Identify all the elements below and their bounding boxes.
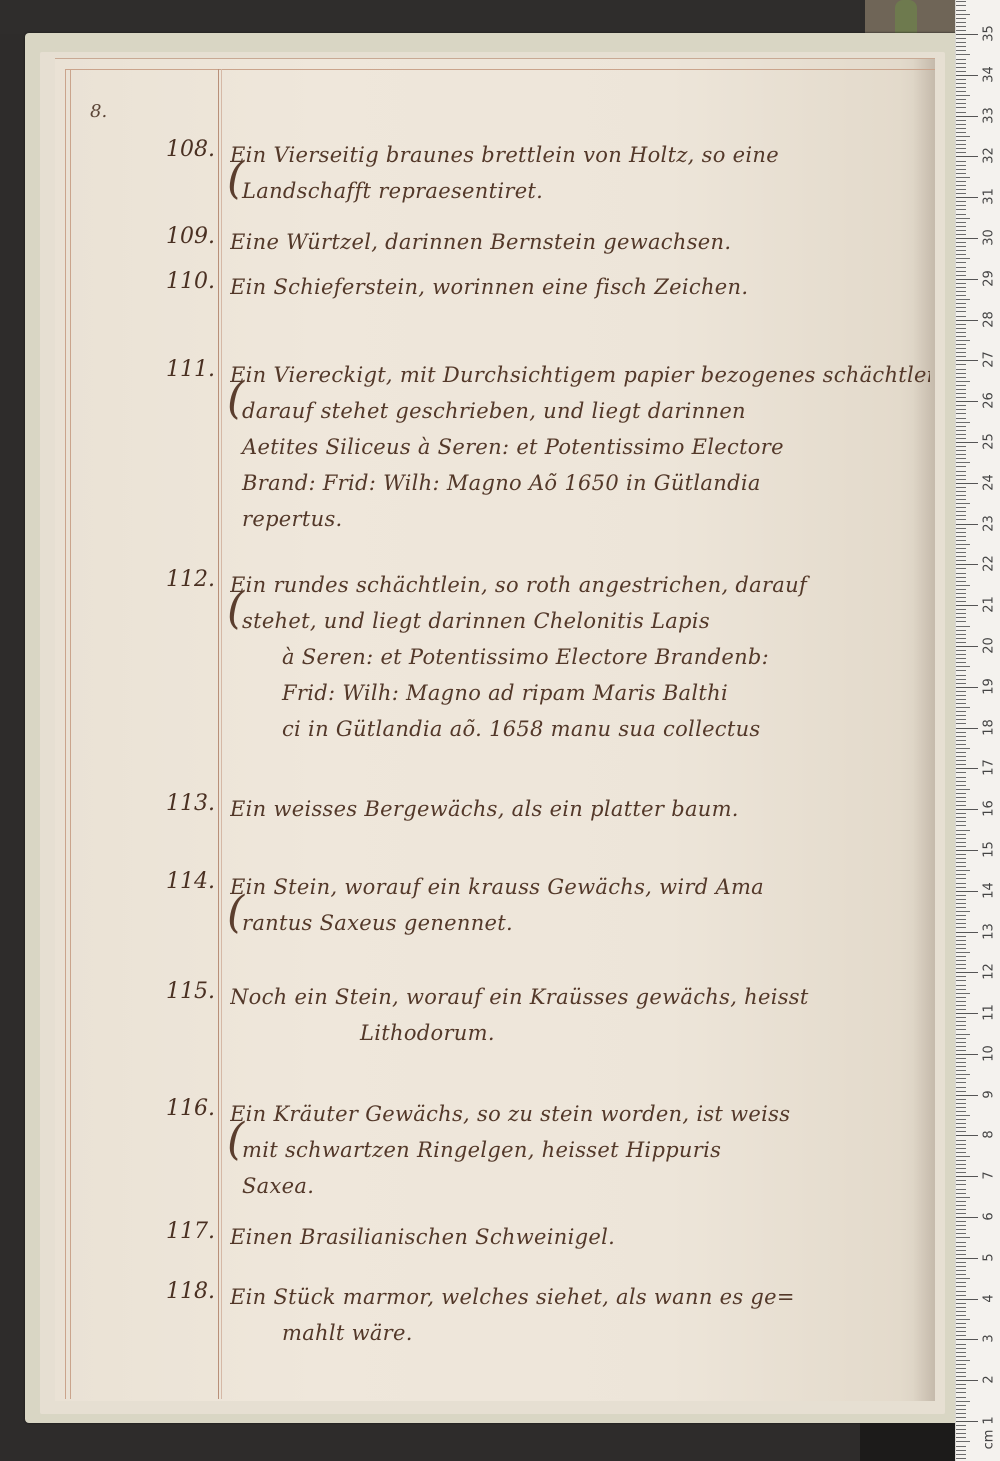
entry-line: Brand: Frid: Wilh: Magno Aõ 1650 in Gütl… (230, 465, 930, 501)
ruler-tick (956, 1095, 978, 1096)
ruler-tick (956, 903, 966, 904)
ruler-tick (956, 328, 966, 329)
ruler-tick (956, 1254, 966, 1255)
entry-line: Landschafft repraesentiret. (230, 173, 930, 209)
ruler-tick (956, 1237, 970, 1238)
ruler-label: 15 (982, 838, 997, 860)
ruler-tick (956, 1148, 966, 1149)
ruler-tick (956, 22, 966, 23)
ruler-tick (956, 177, 970, 178)
ruler-tick (956, 499, 966, 500)
ruler-tick (956, 275, 966, 276)
ruler-tick (956, 781, 966, 782)
margin-rule (218, 69, 219, 1399)
ruler-tick (956, 740, 966, 741)
ruler-tick (956, 1380, 978, 1381)
ruler-label: 12 (982, 961, 997, 983)
ruler-tick (956, 1352, 966, 1353)
ruler-tick (956, 1327, 966, 1328)
ruler-tick (956, 524, 978, 525)
ruler-label: 1 (982, 1410, 997, 1432)
ruler-tick (956, 785, 966, 786)
ruler-label: 19 (982, 675, 997, 697)
ruler-tick (956, 303, 966, 304)
ruler-label: 8 (982, 1124, 997, 1146)
ruler-tick (956, 152, 966, 153)
ruler-tick (956, 450, 966, 451)
ruler-tick (956, 621, 966, 622)
ruler-tick (956, 1376, 966, 1377)
ruler-tick (956, 1242, 966, 1243)
ruler-tick (956, 116, 978, 117)
ruler-tick (956, 1425, 966, 1426)
ruler-tick (956, 540, 966, 541)
ruler-tick (956, 968, 966, 969)
ruler-tick (956, 193, 966, 194)
ruler-tick (956, 1176, 978, 1177)
ruler-tick (956, 389, 966, 390)
ruler-tick (956, 507, 966, 508)
ruler-tick (956, 887, 966, 888)
ruler-tick (956, 1009, 966, 1010)
ruler-tick (956, 128, 966, 129)
ruler-tick (956, 201, 966, 202)
ruler-tick (956, 940, 966, 941)
ruler-tick (956, 915, 966, 916)
ruler-tick (956, 548, 966, 549)
ruler-tick (956, 907, 966, 908)
ruler-tick (956, 344, 966, 345)
ruler-tick (956, 185, 966, 186)
ruler-tick (956, 1372, 966, 1373)
ruler-tick (956, 1413, 966, 1414)
ruler-tick (956, 132, 966, 133)
ruler-tick (956, 1250, 966, 1251)
ruler-tick (956, 532, 966, 533)
ruler-tick (956, 34, 978, 35)
ruler-tick (956, 638, 966, 639)
ruler-tick (956, 413, 966, 414)
ruler-tick (956, 26, 966, 27)
ruler-tick (956, 316, 966, 317)
ruler-tick (956, 1388, 966, 1389)
ruler-tick (956, 1417, 966, 1418)
ruler-tick (956, 59, 966, 60)
entry-line: Einen Brasilianischen Schweinigel. (230, 1219, 930, 1255)
ruler-tick (956, 597, 966, 598)
ruler-tick (956, 471, 966, 472)
ruler-label: 26 (982, 390, 997, 412)
ruler-tick (956, 91, 966, 92)
ruler-tick (956, 1233, 966, 1234)
ruler-tick (956, 1115, 970, 1116)
entry-number: 118. (135, 1279, 215, 1304)
ruler-label: 5 (982, 1246, 997, 1268)
ruler-tick (956, 364, 966, 365)
ruler-tick (956, 226, 966, 227)
ruler-tick (956, 752, 966, 753)
ruler-tick (956, 1005, 966, 1006)
ruler-tick (956, 777, 966, 778)
ruler-tick (956, 50, 966, 51)
ruler-tick (956, 156, 978, 157)
ruler-tick (956, 1348, 966, 1349)
ruler-label: 4 (982, 1287, 997, 1309)
ruler-tick (956, 899, 966, 900)
ruler-tick (956, 144, 966, 145)
ruler-tick (956, 42, 966, 43)
ruler-tick (956, 1401, 970, 1402)
ruler-tick (956, 1135, 978, 1136)
ruler-tick (956, 609, 966, 610)
top-ruling (65, 69, 935, 70)
ruler-tick (956, 71, 966, 72)
ruler-tick (956, 1286, 966, 1287)
ruler-tick (956, 1384, 966, 1385)
ruler-tick (956, 238, 978, 239)
entry-line: Ein Stück marmor, welches siehet, als wa… (230, 1279, 930, 1315)
entry-number: 116. (135, 1096, 215, 1121)
ruler-tick (956, 1356, 966, 1357)
ruler-label: 18 (982, 716, 997, 738)
ruler-tick (956, 1360, 970, 1361)
ruler-tick (956, 287, 966, 288)
ruler-tick (956, 18, 966, 19)
ruler-tick (956, 1164, 966, 1165)
ruler-tick (956, 1082, 966, 1083)
ruler-tick (956, 650, 966, 651)
ruler-tick (956, 744, 966, 745)
ruler-tick (956, 878, 966, 879)
ruler-tick (956, 1368, 966, 1369)
ruler-tick (956, 952, 970, 953)
ruler-tick (956, 711, 966, 712)
ruler-tick (956, 10, 966, 11)
ruler-label: 30 (982, 227, 997, 249)
ruler-tick (956, 768, 978, 769)
ruler-tick (956, 1066, 966, 1067)
ruler-tick (956, 1246, 966, 1247)
ruler-tick (956, 401, 978, 402)
ruler-tick (956, 1, 966, 2)
entry-number: 113. (135, 791, 215, 816)
ruler-tick (956, 989, 966, 990)
ruler-tick (956, 1013, 978, 1014)
ruler-tick (956, 617, 966, 618)
ruler-tick (956, 1225, 966, 1226)
entry-line: darauf stehet geschrieben, und liegt dar… (230, 393, 930, 429)
ruler-tick (956, 75, 978, 76)
ruler-tick (956, 736, 966, 737)
ruler-tick (956, 601, 966, 602)
ruler-tick (956, 5, 966, 6)
ruler-tick (956, 307, 966, 308)
ruler-tick (956, 336, 966, 337)
ruler-tick (956, 1303, 966, 1304)
ruler-tick (956, 1087, 966, 1088)
ruler-tick (956, 862, 966, 863)
ruler-tick (956, 1189, 966, 1190)
ruler-tick (956, 976, 966, 977)
ruler-tick (956, 1070, 966, 1071)
ruler-tick (956, 1335, 966, 1336)
ruler-tick (956, 813, 966, 814)
ruler-tick (956, 1123, 966, 1124)
entry-number: 115. (135, 979, 215, 1004)
ruler-tick (956, 205, 966, 206)
ruler-tick (956, 846, 966, 847)
ruler-tick (956, 487, 966, 488)
ruler-tick (956, 1209, 966, 1210)
ruler-tick (956, 1050, 966, 1051)
ruler-label: 32 (982, 145, 997, 167)
ruler-tick (956, 67, 966, 68)
ruler-tick (956, 1446, 966, 1447)
ruler-tick (956, 1458, 966, 1459)
ruler-tick (956, 1193, 966, 1194)
entry-line: Eine Würtzel, darinnen Bernstein gewachs… (230, 224, 930, 260)
entry-line: Saxea. (230, 1168, 930, 1204)
entry-line: stehet, und liegt darinnen Chelonitis La… (230, 603, 930, 639)
ruler-tick (956, 1397, 966, 1398)
ruler-tick (956, 283, 966, 284)
ruler-tick (956, 948, 966, 949)
ruler-tick (956, 927, 966, 928)
ruler-tick (956, 585, 970, 586)
ruler-label: 3 (982, 1328, 997, 1350)
ruler-tick (956, 830, 970, 831)
ruler-tick (956, 564, 978, 565)
ruler-tick (956, 1111, 966, 1112)
ruler-tick (956, 1437, 966, 1438)
ruler-tick (956, 418, 966, 419)
ruler-tick (956, 38, 966, 39)
ruler-tick (956, 654, 966, 655)
ruler-tick (956, 1152, 966, 1153)
ruler-tick (956, 756, 966, 757)
page-number: 8. (90, 101, 107, 122)
ruler-tick (956, 1221, 966, 1222)
ruler-tick (956, 246, 966, 247)
entry-line: Ein Schieferstein, worinnen eine fisch Z… (230, 269, 930, 305)
ruler-tick (956, 1429, 966, 1430)
ruler-tick (956, 30, 966, 31)
entry-line: Ein Stein, worauf ein krauss Gewächs, wi… (230, 869, 930, 905)
ruler-tick (956, 430, 966, 431)
ruler-tick (956, 1278, 970, 1279)
ruler-tick (956, 242, 966, 243)
ruler-tick (956, 1042, 966, 1043)
ruler-tick (956, 895, 966, 896)
ruler-tick (956, 63, 966, 64)
ruler-tick (956, 1201, 966, 1202)
ruler-tick (956, 642, 966, 643)
entry-number: 110. (135, 269, 215, 294)
ruler-tick (956, 140, 966, 141)
ruler-label: 17 (982, 757, 997, 779)
ruler-tick (956, 850, 978, 851)
ruler-tick (956, 405, 966, 406)
ruler-tick (956, 1021, 966, 1022)
ruler-tick (956, 360, 978, 361)
ruler-tick (956, 683, 966, 684)
ruler-label: 34 (982, 63, 997, 85)
ruler-tick (956, 666, 970, 667)
entry-line: Ein Viereckigt, mit Durchsichtigem papie… (230, 357, 930, 393)
ruler-tick (956, 797, 966, 798)
ruler-label: 22 (982, 553, 997, 575)
ruler-tick (956, 340, 970, 341)
ruler-tick (956, 972, 978, 973)
ruler-tick (956, 1274, 966, 1275)
left-border-ruling (65, 69, 71, 1399)
ruler-tick (956, 332, 966, 333)
ruler-tick (956, 854, 966, 855)
ruler-unit-label: cm (982, 1429, 997, 1451)
ruler-tick (956, 209, 966, 210)
ruler-tick (956, 1319, 970, 1320)
ruler-tick (956, 699, 966, 700)
ruler-tick (956, 691, 966, 692)
ruler-tick (956, 1127, 966, 1128)
ruler-tick (956, 573, 966, 574)
ruler-tick (956, 234, 966, 235)
ruler-tick (956, 87, 966, 88)
ruler-tick (956, 442, 978, 443)
ruler-tick (956, 1344, 966, 1345)
ruler-tick (956, 581, 966, 582)
ruler-tick (956, 1421, 978, 1422)
ruler-label: 21 (982, 594, 997, 616)
ruler-tick (956, 772, 966, 773)
entry-line: ci in Gütlandia aõ. 1658 manu sua collec… (230, 711, 930, 747)
ruler-tick (956, 670, 966, 671)
ruler-tick (956, 397, 966, 398)
ruler-tick (956, 14, 970, 15)
ruler-tick (956, 679, 966, 680)
ruler-tick (956, 1291, 966, 1292)
ruler-tick (956, 1364, 966, 1365)
ruler-tick (956, 181, 966, 182)
ruler-tick (956, 348, 966, 349)
ruler-tick (956, 1315, 966, 1316)
ruler-tick (956, 874, 966, 875)
ruler-tick (956, 1131, 966, 1132)
ruler-label: 27 (982, 349, 997, 371)
ruler-tick (956, 291, 966, 292)
ruler-label: 35 (982, 23, 997, 45)
ruler-tick (956, 462, 970, 463)
ruler-tick (956, 707, 970, 708)
ruler-label: 7 (982, 1165, 997, 1187)
ruler-tick (956, 634, 966, 635)
ruler-tick (956, 479, 966, 480)
ruler-tick (956, 409, 966, 410)
ruler-label: 13 (982, 920, 997, 942)
ruler-tick (956, 271, 966, 272)
ruler-tick (956, 687, 978, 688)
ruler-tick (956, 1140, 966, 1141)
ruler-tick (956, 593, 966, 594)
ruler-tick (956, 870, 970, 871)
ruler-tick (956, 1025, 966, 1026)
ruler-tick (956, 911, 970, 912)
ruler-tick (956, 662, 966, 663)
entry-line: mit schwartzen Ringelgen, heisset Hippur… (230, 1132, 930, 1168)
ruler-tick (956, 161, 966, 162)
ruler-tick (956, 475, 966, 476)
ruler-tick (956, 858, 966, 859)
ruler-tick (956, 173, 966, 174)
ruler-tick (956, 626, 970, 627)
entry-line: Noch ein Stein, worauf ein Kraüsses gewä… (230, 979, 930, 1015)
ruler-tick (956, 107, 966, 108)
entry-line: Frid: Wilh: Magno ad ripam Maris Balthi (230, 675, 930, 711)
ruler-tick (956, 1046, 966, 1047)
entry-line: repertus. (230, 501, 930, 537)
ruler-tick (956, 112, 966, 113)
ruler-tick (956, 250, 966, 251)
ruler-tick (956, 299, 970, 300)
ruler-tick (956, 1029, 966, 1030)
ruler-tick (956, 964, 966, 965)
ruler-label: 6 (982, 1206, 997, 1228)
ruler-tick (956, 1307, 966, 1308)
ruler-tick (956, 568, 966, 569)
ruler-tick (956, 1034, 970, 1035)
ruler-tick (956, 560, 966, 561)
background-board (0, 0, 860, 34)
ruler-tick (956, 605, 978, 606)
manuscript-page: 8. 108. ( Ein Vierseitig braunes brettle… (55, 58, 935, 1401)
ruler-tick (956, 589, 966, 590)
ruler-label: 11 (982, 1002, 997, 1024)
ruler-tick (956, 825, 966, 826)
entry-number: 111. (135, 357, 215, 382)
ruler-tick (956, 1078, 966, 1079)
ruler-tick (956, 1197, 970, 1198)
ruler-tick (956, 99, 966, 100)
ruler-tick (956, 95, 970, 96)
ruler-tick (956, 1205, 966, 1206)
ruler-tick (956, 801, 966, 802)
ruler-tick (956, 1074, 970, 1075)
ruler-tick (956, 1331, 966, 1332)
ruler-tick (956, 923, 966, 924)
ruler-tick (956, 254, 966, 255)
ruler-tick (956, 1054, 978, 1055)
ruler-tick (956, 103, 966, 104)
ruler-tick (956, 1107, 966, 1108)
ruler-tick (956, 369, 966, 370)
ruler-tick (956, 805, 966, 806)
ruler-tick (956, 715, 966, 716)
ruler-tick (956, 222, 966, 223)
ruler-tick (956, 458, 966, 459)
ruler-tick (956, 1229, 966, 1230)
entry-line: Lithodorum. (230, 1015, 930, 1051)
ruler-tick (956, 577, 966, 578)
ruler-tick (956, 454, 966, 455)
ruler-tick (956, 675, 966, 676)
ruler-tick (956, 1405, 966, 1406)
entry-line: Ein rundes schächtlein, so roth angestri… (230, 567, 930, 603)
ruler-tick (956, 809, 978, 810)
ruler-tick (956, 393, 966, 394)
ruler-tick (956, 993, 970, 994)
ruler-tick (956, 83, 966, 84)
ruler-tick (956, 1311, 966, 1312)
